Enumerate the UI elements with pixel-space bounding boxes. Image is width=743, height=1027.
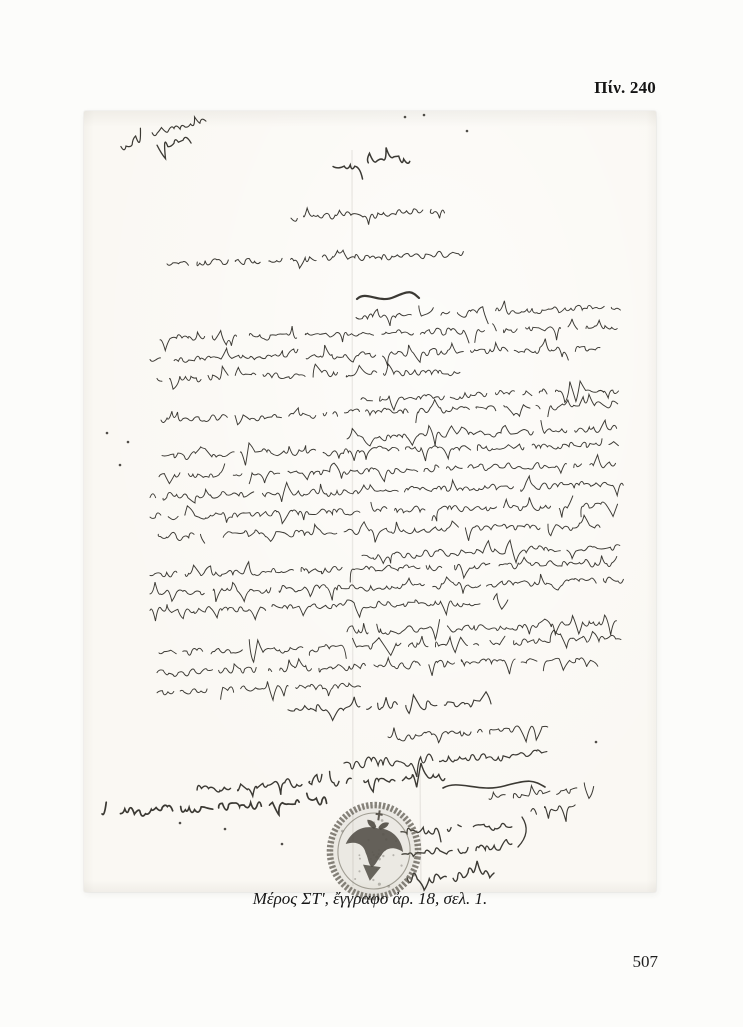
book-page: { "page": { "plate_label": "Πίν. 240", "… xyxy=(0,0,743,1027)
page-number: 507 xyxy=(633,952,659,972)
manuscript-scan xyxy=(84,111,656,892)
figure-caption: Μέρος ΣΤ', ἔγγραφο ἀρ. 18, σελ. 1. xyxy=(84,889,656,909)
plate-number-label: Πίν. 240 xyxy=(594,78,656,98)
